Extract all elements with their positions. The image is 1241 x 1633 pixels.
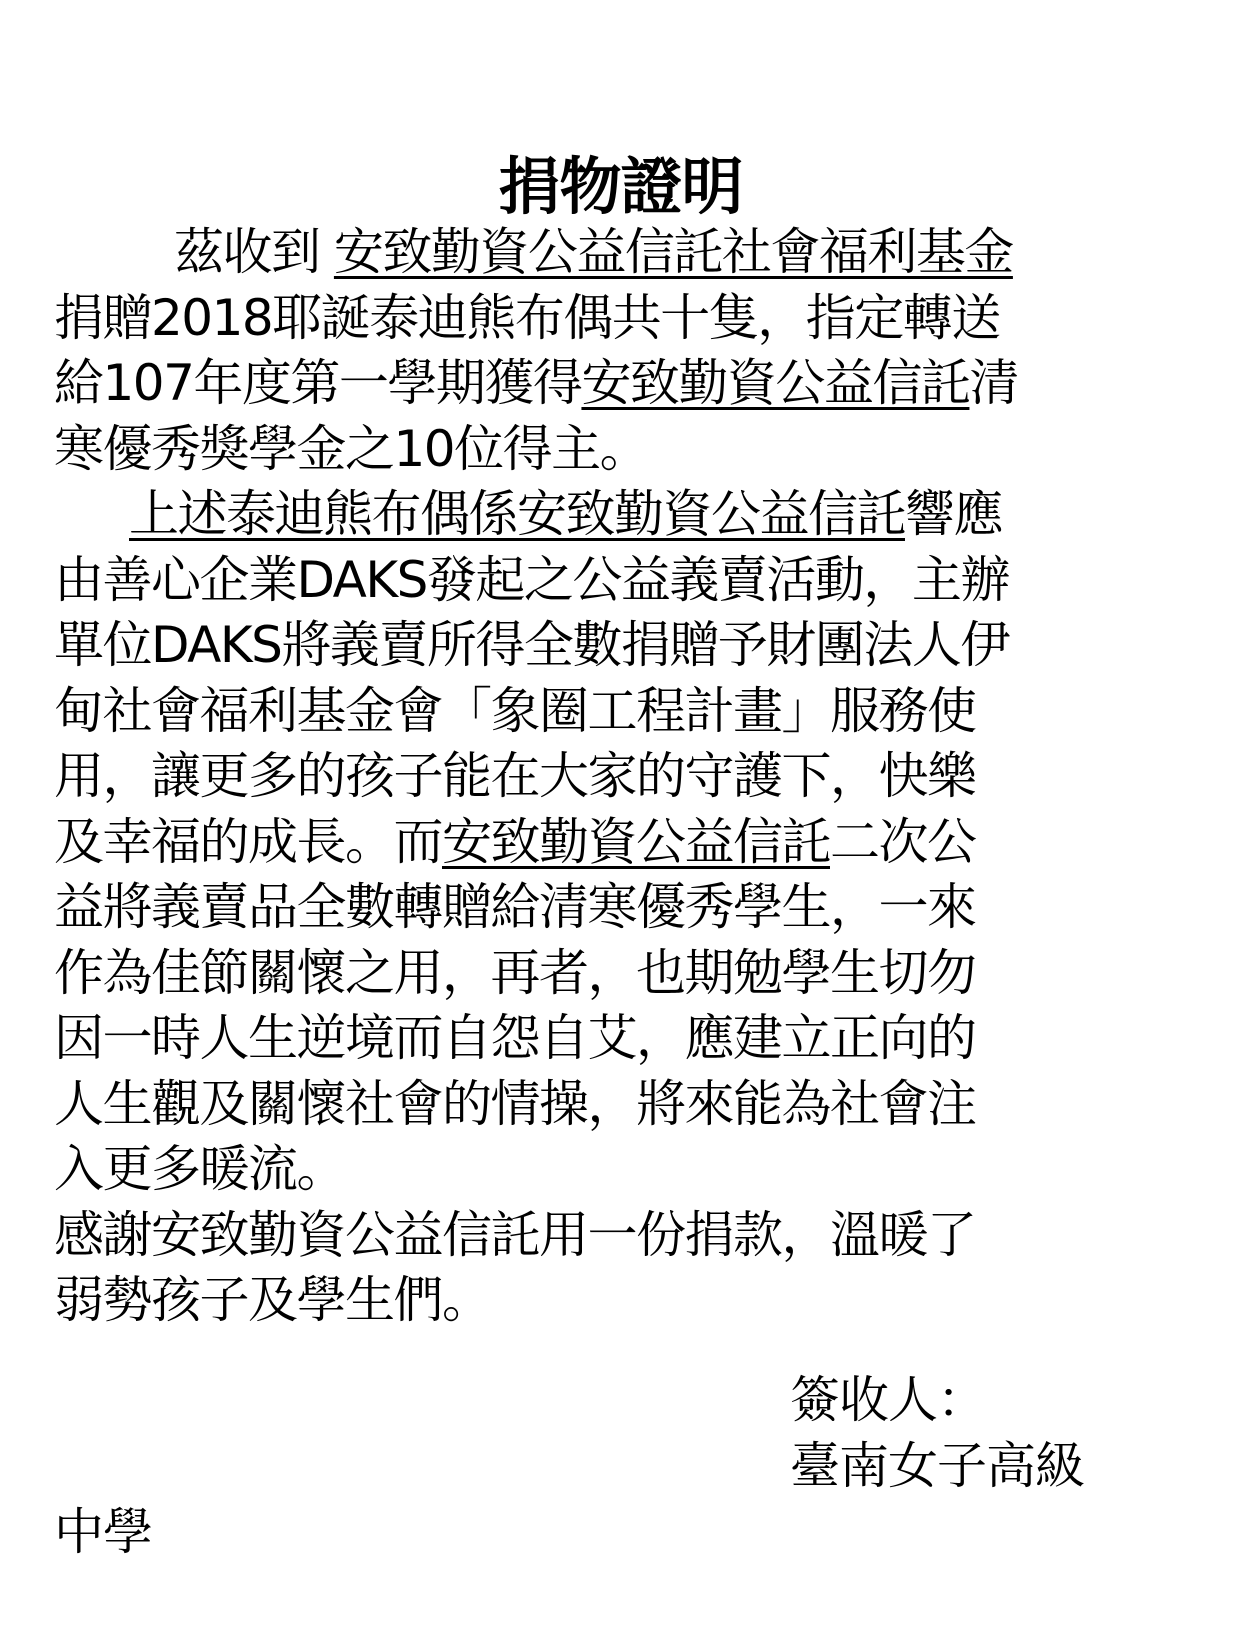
text-segment: 入更多暖流。: [54, 1140, 345, 1198]
paragraph-line: 人生觀及關懷社會的情操，將來能為社會注: [54, 1072, 1204, 1138]
text-segment: 清: [969, 354, 1018, 412]
signature-org-line2: 中學: [54, 1500, 152, 1564]
paragraph-line: 用，讓更多的孩子能在大家的守護下，快樂: [54, 744, 1204, 810]
signature-org-line1: 臺南女子高級: [790, 1434, 1084, 1498]
paragraph-line: 茲收到 安致勤資公益信託社會福利基金: [54, 220, 1204, 286]
text-segment: 茲收到: [174, 223, 334, 281]
signature-label: 簽收人：: [790, 1368, 986, 1432]
paragraph-line: 單位DAKS將義賣所得全數捐贈予財團法人伊: [54, 613, 1204, 679]
paragraph-line: 因一時人生逆境而自怨自艾，應建立正向的: [54, 1006, 1204, 1072]
text-segment: 及幸福的成長。而: [54, 813, 442, 871]
text-segment: 感謝安致勤資公益信託用一份捐款，溫暖了: [54, 1206, 976, 1264]
paragraph-line: 作為佳節關懷之用，再者，也期勉學生切勿: [54, 941, 1204, 1007]
text-segment: 響應: [905, 485, 1002, 543]
text-segment: 益將義賣品全數轉贈給清寒優秀學生，一來: [54, 878, 976, 936]
text-segment: 由善心企業DAKS發起之公益義賣活動，主辦: [54, 551, 1009, 609]
text-segment: 二次公: [830, 813, 976, 871]
paragraph-line: 甸社會福利基金會「象圈工程計畫」服務使: [54, 679, 1204, 745]
underlined-text: 上述泰迪熊布偶係安致勤資公益信託: [129, 485, 905, 543]
paragraph-line: 上述泰迪熊布偶係安致勤資公益信託響應: [54, 482, 1204, 548]
text-segment: 甸社會福利基金會「象圈工程計畫」服務使: [54, 682, 976, 740]
text-segment: 作為佳節關懷之用，再者，也期勉學生切勿: [54, 944, 976, 1002]
paragraph-line: 給107年度第一學期獲得安致勤資公益信託清: [54, 351, 1204, 417]
paragraph-line: 寒優秀獎學金之10位得主。: [54, 417, 1204, 483]
text-segment: 因一時人生逆境而自怨自艾，應建立正向的: [54, 1009, 976, 1067]
paragraph-line: 由善心企業DAKS發起之公益義賣活動，主辦: [54, 548, 1204, 614]
paragraph-line: 入更多暖流。: [54, 1137, 1204, 1203]
text-segment: 寒優秀獎學金之10位得主。: [54, 420, 648, 478]
text-segment: 用，讓更多的孩子能在大家的守護下，快樂: [54, 747, 976, 805]
paragraph-line: 弱勢孩子及學生們。: [54, 1268, 1204, 1334]
document-title: 捐物證明: [0, 152, 1241, 222]
document-body: 茲收到 安致勤資公益信託社會福利基金捐贈2018耶誕泰迪熊布偶共十隻，指定轉送給…: [54, 220, 1204, 1334]
paragraph-line: 及幸福的成長。而安致勤資公益信託二次公: [54, 810, 1204, 876]
underlined-text: 安致勤資公益信託社會福利基金: [334, 223, 1013, 281]
text-segment: 人生觀及關懷社會的情操，將來能為社會注: [54, 1075, 976, 1133]
paragraph-line: 感謝安致勤資公益信託用一份捐款，溫暖了: [54, 1203, 1204, 1269]
text-segment: 捐贈2018耶誕泰迪熊布偶共十隻，指定轉送: [54, 289, 1000, 347]
underlined-text: 安致勤資公益信託: [581, 354, 969, 412]
underlined-text: 安致勤資公益信託: [442, 813, 830, 871]
text-segment: 弱勢孩子及學生們。: [54, 1271, 491, 1329]
paragraph-line: 益將義賣品全數轉贈給清寒優秀學生，一來: [54, 875, 1204, 941]
paragraph-line: 捐贈2018耶誕泰迪熊布偶共十隻，指定轉送: [54, 286, 1204, 352]
text-segment: 單位DAKS將義賣所得全數捐贈予財團法人伊: [54, 616, 1009, 674]
text-segment: 給107年度第一學期獲得: [54, 354, 581, 412]
